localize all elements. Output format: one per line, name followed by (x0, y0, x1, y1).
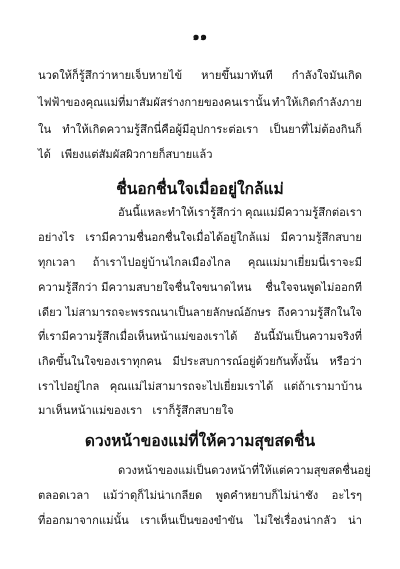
text-segment: แต่ถ้าเรามาบ้าน (284, 379, 362, 395)
text-segment: อันนี้แหละทำให้เรารู้สึกว่า (118, 205, 242, 221)
text-line: เดียว ไม่สามารถจะพรรณนาเป็นลายลักษณ์อักษ… (38, 305, 362, 321)
text-line: ใน ทำให้เกิดความรู้สึกนี่คือผู้มีอุปการะ… (38, 122, 362, 138)
text-line: เราไปอยู่ไกล คุณแม่ไม่สามารถจะไปเยี่ยมเร… (38, 379, 362, 395)
text-line: เกิดขึ้นในใจของเราทุกคน มีประสบการณ์อยู่… (38, 354, 362, 370)
text-line: ได้ เพียงแต่สัมผัสผิวกายก็สบายแล้ว (38, 147, 362, 163)
text-line: อย่างไร เรามีความชื่นอกชื่นใจเมื่อได้อยู… (38, 230, 362, 246)
text-segment: เกิดขึ้นในใจของเราทุกคน (38, 354, 162, 370)
text-segment: อย่างไร (38, 230, 75, 246)
text-line: ทุกเวลา ถ้าเราไปอยู่บ้านไกลเมืองไกล คุณแ… (38, 255, 362, 271)
text-segment: ทุกเวลา (38, 255, 75, 271)
text-segment: น่า (348, 513, 362, 529)
text-segment: มีประสบการณ์อยู่ด้วยกันทั้งนั้น (173, 354, 319, 370)
text-segment: ใน (38, 122, 51, 138)
text-line: ไฟฟ้าของคุณแม่ที่มาสัมผัสร่างกายของคนเรา… (38, 95, 362, 111)
text-segment: นวดให้ก็รู้สึกว่าหายเจ็บหายไข้ (38, 68, 182, 84)
text-segment: พูดคำหยาบก็ไม่น่าชัง (216, 488, 318, 504)
text-segment: ที่ออกมาจากแม่นั้น (38, 513, 129, 529)
text-segment: แม้ว่าดุก็ไม่น่าเกลียด (103, 488, 202, 504)
text-segment: เพียงแต่สัมผัสผิวกายก็สบายแล้ว (61, 147, 213, 163)
text-line: ที่เรามีความรู้สึกเมื่อเห็นหน้าแม่ของเรา… (38, 329, 362, 345)
text-segment: ถ้าเราไปอยู่บ้านไกลเมืองไกล (93, 255, 231, 271)
text-segment: อะไรๆ (332, 488, 362, 504)
text-segment: ได้ (38, 147, 51, 163)
text-segment: เรามีความชื่นอกชื่นใจเมื่อได้อยู่ใกล้แม่ (85, 230, 270, 246)
section-heading: ชื่นอกชื่นใจเมื่ออยู่ใกล้แม่ (0, 178, 400, 200)
text-segment: มีความรู้สึกสบาย (281, 230, 362, 246)
text-segment: มาเห็นหน้าแม่ของเรา (38, 403, 142, 419)
text-line: นวดให้ก็รู้สึกว่าหายเจ็บหายไข้ หายขึ้นมา… (38, 68, 362, 84)
text-segment: อันนี้มันเป็นความจริงที่ (254, 329, 362, 345)
text-line: ที่ออกมาจากแม่นั้น เราเห็นเป็นของขำขัน ไ… (38, 513, 362, 529)
text-segment: ไม่ใช่เรื่องน่ากลัว (255, 513, 337, 529)
text-segment: เป็นยาที่ไม่ต้องกินก็ (270, 122, 362, 138)
text-segment: ดวงหน้าของแม่ (118, 463, 193, 479)
text-segment: ความรู้สึกว่า มีความสบายใจชื่นใจขนาดไหน (38, 280, 252, 296)
text-segment: ทำให้เกิดความรู้สึกนี่คือผู้มีอุปการะต่อ… (62, 122, 258, 138)
text-line: ความรู้สึกว่า มีความสบายใจชื่นใจขนาดไหน … (38, 280, 362, 296)
text-line: มาเห็นหน้าแม่ของเรา เราก็รู้สึกสบายใจ (38, 403, 362, 419)
text-segment: เราเห็นเป็นของขำขัน (140, 513, 243, 529)
text-segment: ตลอดเวลา (38, 488, 89, 504)
text-segment: กำลังใจมันเกิด (292, 68, 362, 84)
text-segment: ไฟฟ้าของคุณแม่ที่มาสัมผัสร่างกายของคนเรา… (38, 95, 270, 111)
text-segment: ทำให้เกิดกำลังภาย (272, 95, 362, 111)
text-segment: คุณแม่มีความรู้สึกต่อเรา (245, 205, 362, 221)
text-segment: ถึงความรู้สึกในใจ (278, 305, 362, 321)
text-segment: เดียว ไม่สามารถจะพรรณนาเป็นลายลักษณ์อักษ… (38, 305, 271, 321)
text-segment: เป็นดวงหน้าที่ให้แต่ความสุขสดชื่นอยู่ (193, 463, 371, 479)
text-segment: คุณแม่ไม่สามารถจะไปเยี่ยมเราได้ (110, 379, 274, 395)
section-heading: ดวงหน้าของแม่ที่ให้ความสุขสดชื่น (0, 430, 400, 452)
text-segment: ที่เรามีความรู้สึกเมื่อเห็นหน้าแม่ของเรา… (38, 329, 237, 345)
text-segment: หรือว่า (329, 354, 362, 370)
text-segment: หายขึ้นมาทันที (201, 68, 273, 84)
text-line: ดวงหน้าของแม่ เป็นดวงหน้าที่ให้แต่ความสุ… (118, 463, 362, 479)
text-line: ตลอดเวลา แม้ว่าดุก็ไม่น่าเกลียด พูดคำหยา… (38, 488, 362, 504)
text-segment: ชื่นใจจนพูดไม่ออกที (265, 280, 362, 296)
text-segment: เราไปอยู่ไกล (38, 379, 99, 395)
text-line: อันนี้แหละทำให้เรารู้สึกว่า คุณแม่มีความ… (118, 205, 362, 221)
text-segment: เราก็รู้สึกสบายใจ (152, 403, 233, 419)
page-number: ๑๑ (0, 27, 400, 45)
text-segment: คุณแม่มาเยี่ยมนี่เราจะมี (248, 255, 362, 271)
